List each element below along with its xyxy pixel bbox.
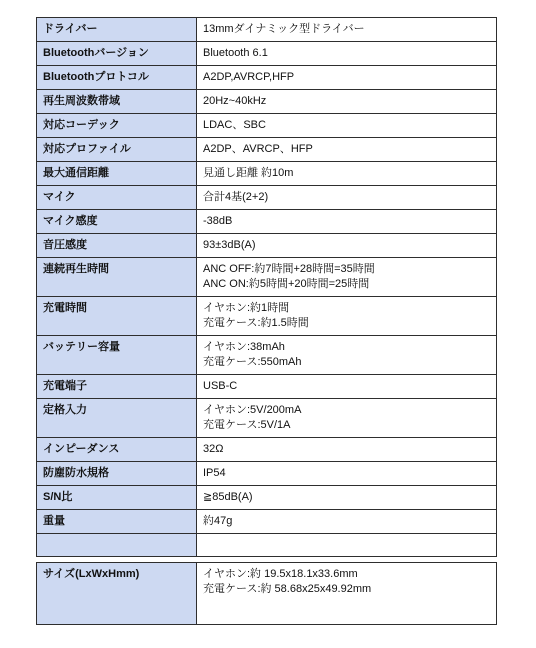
spec-label: S/N比 (37, 486, 197, 510)
spec-label: 防塵防水規格 (37, 462, 197, 486)
spec-value: Bluetooth 6.1 (197, 42, 497, 66)
spec-value-line: ANC OFF:約7時間+28時間=35時間 (203, 262, 490, 277)
spec-value-line: ANC ON:約5時間+20時間=25時間 (203, 277, 490, 292)
spec-row-mic-sensitivity: マイク感度 -38dB (37, 210, 497, 234)
spec-value: A2DP、AVRCP、HFP (197, 138, 497, 162)
spec-value: 約47g (197, 510, 497, 534)
spec-table: ドライバー 13mmダイナミック型ドライバー Bluetoothバージョン Bl… (36, 17, 497, 557)
spec-label: 対応コーデック (37, 114, 197, 138)
spec-row-frequency-range: 再生周波数帯域 20Hz~40kHz (37, 90, 497, 114)
spec-value-line: 充電ケース:5V/1A (203, 418, 490, 433)
spec-value: -38dB (197, 210, 497, 234)
spec-row-size: サイズ(LxWxHmm) イヤホン:約 19.5x18.1x33.6mm 充電ケ… (37, 563, 497, 625)
spec-row-rated-input: 定格入力 イヤホン:5V/200mA 充電ケース:5V/1A (37, 399, 497, 438)
spec-label: 最大通信距離 (37, 162, 197, 186)
spec-label: バッテリー容量 (37, 336, 197, 375)
spec-row-driver: ドライバー 13mmダイナミック型ドライバー (37, 18, 497, 42)
spec-row-empty (37, 534, 497, 557)
spec-value: イヤホン:約1時間 充電ケース:約1.5時間 (197, 297, 497, 336)
spec-label: サイズ(LxWxHmm) (37, 563, 197, 625)
spec-row-microphone: マイク 合計4基(2+2) (37, 186, 497, 210)
spec-label: 対応プロファイル (37, 138, 197, 162)
spec-row-charging-port: 充電端子 USB-C (37, 375, 497, 399)
spec-value: ≧85dB(A) (197, 486, 497, 510)
spec-value: ANC OFF:約7時間+28時間=35時間 ANC ON:約5時間+20時間=… (197, 258, 497, 297)
spec-label: 充電端子 (37, 375, 197, 399)
spec-row-bluetooth-version: Bluetoothバージョン Bluetooth 6.1 (37, 42, 497, 66)
spec-value: イヤホン:約 19.5x18.1x33.6mm 充電ケース:約 58.68x25… (197, 563, 497, 625)
spec-value: USB-C (197, 375, 497, 399)
spec-value: イヤホン:5V/200mA 充電ケース:5V/1A (197, 399, 497, 438)
spec-value-line: 充電ケース:約 58.68x25x49.92mm (203, 582, 490, 597)
spec-value-line: イヤホン:約1時間 (203, 301, 490, 316)
spec-value: 20Hz~40kHz (197, 90, 497, 114)
size-spec-table: サイズ(LxWxHmm) イヤホン:約 19.5x18.1x33.6mm 充電ケ… (36, 562, 497, 625)
spec-label (37, 534, 197, 557)
spec-label: 重量 (37, 510, 197, 534)
spec-label: Bluetoothプロトコル (37, 66, 197, 90)
spec-sheet-page: ドライバー 13mmダイナミック型ドライバー Bluetoothバージョン Bl… (0, 0, 536, 625)
spec-value-line: イヤホン:約 19.5x18.1x33.6mm (203, 567, 490, 582)
spec-label: ドライバー (37, 18, 197, 42)
spec-value-line: イヤホン:5V/200mA (203, 403, 490, 418)
spec-value-line: イヤホン:38mAh (203, 340, 490, 355)
spec-value: 93±3dB(A) (197, 234, 497, 258)
spec-row-battery-capacity: バッテリー容量 イヤホン:38mAh 充電ケース:550mAh (37, 336, 497, 375)
spec-row-max-range: 最大通信距離 見通し距離 約10m (37, 162, 497, 186)
spec-row-snr: S/N比 ≧85dB(A) (37, 486, 497, 510)
spec-row-bluetooth-protocol: Bluetoothプロトコル A2DP,AVRCP,HFP (37, 66, 497, 90)
spec-label: Bluetoothバージョン (37, 42, 197, 66)
spec-value: IP54 (197, 462, 497, 486)
spec-label: 再生周波数帯域 (37, 90, 197, 114)
spec-row-charge-time: 充電時間 イヤホン:約1時間 充電ケース:約1.5時間 (37, 297, 497, 336)
spec-row-ip-rating: 防塵防水規格 IP54 (37, 462, 497, 486)
spec-label: 充電時間 (37, 297, 197, 336)
spec-value: LDAC、SBC (197, 114, 497, 138)
spec-value: イヤホン:38mAh 充電ケース:550mAh (197, 336, 497, 375)
spec-row-profile: 対応プロファイル A2DP、AVRCP、HFP (37, 138, 497, 162)
spec-label: マイク感度 (37, 210, 197, 234)
spec-value: 合計4基(2+2) (197, 186, 497, 210)
spec-value: 見通し距離 約10m (197, 162, 497, 186)
spec-label: インピーダンス (37, 438, 197, 462)
spec-row-weight: 重量 約47g (37, 510, 497, 534)
spec-label: 定格入力 (37, 399, 197, 438)
spec-label: 音圧感度 (37, 234, 197, 258)
spec-label: 連続再生時間 (37, 258, 197, 297)
spec-value: 13mmダイナミック型ドライバー (197, 18, 497, 42)
spec-value-line: 充電ケース:550mAh (203, 355, 490, 370)
spec-row-codec: 対応コーデック LDAC、SBC (37, 114, 497, 138)
spec-value (197, 534, 497, 557)
spec-label: マイク (37, 186, 197, 210)
spec-row-impedance: インピーダンス 32Ω (37, 438, 497, 462)
spec-row-playback-time: 連続再生時間 ANC OFF:約7時間+28時間=35時間 ANC ON:約5時… (37, 258, 497, 297)
spec-value-line: 充電ケース:約1.5時間 (203, 316, 490, 331)
spec-row-spl: 音圧感度 93±3dB(A) (37, 234, 497, 258)
spec-value: A2DP,AVRCP,HFP (197, 66, 497, 90)
spec-value: 32Ω (197, 438, 497, 462)
